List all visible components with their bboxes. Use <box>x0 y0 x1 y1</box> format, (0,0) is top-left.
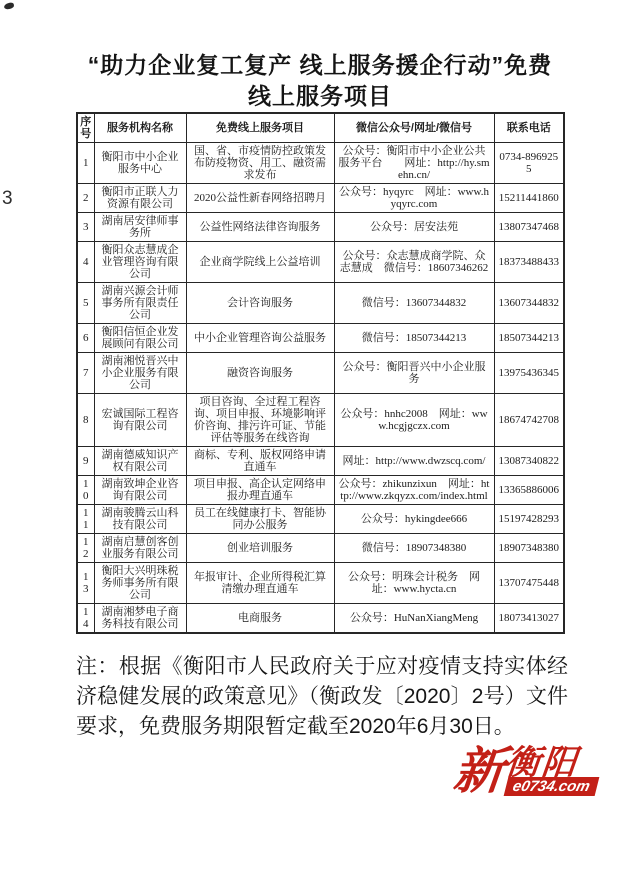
cell-phone: 13707475448 <box>494 563 564 604</box>
table-row: 10湖南致坤企业咨询有限公司项目申报、高企认定网络申报办理直通车公众号：zhik… <box>77 476 564 505</box>
logo-characters-hengyang: 衡阳 <box>504 746 598 780</box>
table-row: 7湖南湘悦晋兴中小企业服务有限公司融资咨询服务公众号：衡阳晋兴中小企业服务139… <box>77 353 564 394</box>
cell-no: 3 <box>77 213 94 242</box>
cell-no: 9 <box>77 447 94 476</box>
cell-no: 11 <box>77 505 94 534</box>
cell-no: 2 <box>77 184 94 213</box>
cell-contact: 公众号：hykingdee666 <box>334 505 494 534</box>
page-title-line2: 线上服务项目 <box>248 83 392 109</box>
cell-phone: 13365886006 <box>494 476 564 505</box>
cell-service: 年报审计、企业所得税汇算清缴办理直通车 <box>186 563 334 604</box>
column-header-org: 服务机构名称 <box>94 113 186 143</box>
cell-org: 湖南德威知识产权有限公司 <box>94 447 186 476</box>
cell-org: 湖南致坤企业咨询有限公司 <box>94 476 186 505</box>
cell-org: 湖南居安律师事务所 <box>94 213 186 242</box>
cell-service: 项目咨询、全过程工程咨询、项目申报、环境影响评价咨询、排污许可证、节能评估等服务… <box>186 394 334 447</box>
cell-contact: 公众号：衡阳市中小企业公共服务平台 网址：http://hy.smehn.cn/ <box>334 143 494 184</box>
table-row: 11湖南骏腾云山科技有限公司员工在线健康打卡、智能协同办公服务公众号：hykin… <box>77 505 564 534</box>
table-row: 14湖南湘梦电子商务科技有限公司电商服务公众号：HuNanXiangMeng18… <box>77 604 564 634</box>
cell-no: 1 <box>77 143 94 184</box>
cell-org: 衡阳市中小企业服务中心 <box>94 143 186 184</box>
xin-hengyang-logo: 新 衡阳 e0734.com <box>454 746 597 796</box>
table-row: 5湖南兴源会计师事务所有限责任公司会计咨询服务微信号：1360734483213… <box>77 283 564 324</box>
logo-character-xin: 新 <box>451 746 506 796</box>
services-table-header: 序号服务机构名称免费线上服务项目微信公众号/网址/微信号联系电话 <box>77 113 564 143</box>
cell-org: 湖南启慧创客创业服务有限公司 <box>94 534 186 563</box>
cell-contact: 公众号：衡阳晋兴中小企业服务 <box>334 353 494 394</box>
cell-service: 公益性网络法律咨询服务 <box>186 213 334 242</box>
column-header-contact: 微信公众号/网址/微信号 <box>334 113 494 143</box>
cell-phone: 13087340822 <box>494 447 564 476</box>
cell-no: 5 <box>77 283 94 324</box>
cell-phone: 18507344213 <box>494 324 564 353</box>
cell-contact: 公众号：居安法苑 <box>334 213 494 242</box>
table-header-row: 序号服务机构名称免费线上服务项目微信公众号/网址/微信号联系电话 <box>77 113 564 143</box>
table-row: 6衡阳信恒企业发展顾问有限公司中小企业管理咨询公益服务微信号：185073442… <box>77 324 564 353</box>
logo-domain-badge: e0734.com <box>504 777 599 796</box>
table-row: 9湖南德威知识产权有限公司商标、专利、版权网络申请直通车网址：http://ww… <box>77 447 564 476</box>
cell-phone: 13607344832 <box>494 283 564 324</box>
cell-phone: 13807347468 <box>494 213 564 242</box>
cell-contact: 公众号：hnhc2008 网址：www.hcgjgczx.com <box>334 394 494 447</box>
cell-phone: 18674742708 <box>494 394 564 447</box>
column-header-no: 序号 <box>77 113 94 143</box>
cell-service: 员工在线健康打卡、智能协同办公服务 <box>186 505 334 534</box>
cell-phone: 0734-8969255 <box>494 143 564 184</box>
cell-no: 6 <box>77 324 94 353</box>
cell-service: 中小企业管理咨询公益服务 <box>186 324 334 353</box>
table-row: 12湖南启慧创客创业服务有限公司创业培训服务微信号：18907348380189… <box>77 534 564 563</box>
cell-service: 融资咨询服务 <box>186 353 334 394</box>
cell-contact: 公众号：众志慧成商学院、众志慧成 微信号：18607346262 <box>334 242 494 283</box>
table-row: 2衡阳市正联人力资源有限公司2020公益性新春网络招聘月公众号：hyqyrc 网… <box>77 184 564 213</box>
cell-phone: 15211441860 <box>494 184 564 213</box>
services-table-body: 1衡阳市中小企业服务中心国、省、市疫情防控政策发布防疫物资、用工、融资需求发布公… <box>77 143 564 634</box>
cell-no: 7 <box>77 353 94 394</box>
cell-service: 电商服务 <box>186 604 334 634</box>
page-title-line1: “助力企业复工复产 线上服务援企行动”免费 <box>88 52 552 78</box>
cell-service: 商标、专利、版权网络申请直通车 <box>186 447 334 476</box>
cell-contact: 微信号：18507344213 <box>334 324 494 353</box>
cell-org: 湖南骏腾云山科技有限公司 <box>94 505 186 534</box>
document-page: 3 “助力企业复工复产 线上服务援企行动”免费 线上服务项目 序号服务机构名称免… <box>0 0 640 876</box>
cell-service: 会计咨询服务 <box>186 283 334 324</box>
cell-contact: 网址：http://www.dwzscq.com/ <box>334 447 494 476</box>
cell-phone: 15197428293 <box>494 505 564 534</box>
cell-org: 宏诚国际工程咨询有限公司 <box>94 394 186 447</box>
cell-contact: 公众号：明珠会计税务 网址：www.hycta.cn <box>334 563 494 604</box>
cell-contact: 公众号：hyqyrc 网址：www.hyqyrc.com <box>334 184 494 213</box>
cell-org: 湖南湘梦电子商务科技有限公司 <box>94 604 186 634</box>
cell-phone: 13975436345 <box>494 353 564 394</box>
cell-service: 创业培训服务 <box>186 534 334 563</box>
cell-org: 衡阳众志慧成企业管理咨询有限公司 <box>94 242 186 283</box>
cell-org: 衡阳大兴明珠税务师事务所有限公司 <box>94 563 186 604</box>
table-row: 8宏诚国际工程咨询有限公司项目咨询、全过程工程咨询、项目申报、环境影响评价咨询、… <box>77 394 564 447</box>
table-row: 4衡阳众志慧成企业管理咨询有限公司企业商学院线上公益培训公众号：众志慧成商学院、… <box>77 242 564 283</box>
cell-service: 企业商学院线上公益培训 <box>186 242 334 283</box>
cell-org: 衡阳信恒企业发展顾问有限公司 <box>94 324 186 353</box>
cell-contact: 微信号：18907348380 <box>334 534 494 563</box>
margin-page-number: 3 <box>2 188 13 210</box>
page-title: “助力企业复工复产 线上服务援企行动”免费 线上服务项目 <box>0 50 640 112</box>
cell-service: 2020公益性新春网络招聘月 <box>186 184 334 213</box>
cell-no: 4 <box>77 242 94 283</box>
cell-phone: 18073413027 <box>494 604 564 634</box>
cell-org: 湖南兴源会计师事务所有限责任公司 <box>94 283 186 324</box>
cell-org: 湖南湘悦晋兴中小企业服务有限公司 <box>94 353 186 394</box>
cell-no: 12 <box>77 534 94 563</box>
scan-artifact-mark <box>3 2 14 10</box>
cell-service: 项目申报、高企认定网络申报办理直通车 <box>186 476 334 505</box>
cell-no: 14 <box>77 604 94 634</box>
cell-phone: 18907348380 <box>494 534 564 563</box>
column-header-service: 免费线上服务项目 <box>186 113 334 143</box>
cell-contact: 微信号：13607344832 <box>334 283 494 324</box>
cell-no: 8 <box>77 394 94 447</box>
table-row: 13衡阳大兴明珠税务师事务所有限公司年报审计、企业所得税汇算清缴办理直通车公众号… <box>77 563 564 604</box>
table-row: 3湖南居安律师事务所公益性网络法律咨询服务公众号：居安法苑13807347468 <box>77 213 564 242</box>
cell-contact: 公众号：zhikunzixun 网址：http://www.zkqyzx.com… <box>334 476 494 505</box>
cell-org: 衡阳市正联人力资源有限公司 <box>94 184 186 213</box>
cell-service: 国、省、市疫情防控政策发布防疫物资、用工、融资需求发布 <box>186 143 334 184</box>
column-header-phone: 联系电话 <box>494 113 564 143</box>
services-table: 序号服务机构名称免费线上服务项目微信公众号/网址/微信号联系电话 1衡阳市中小企… <box>76 112 565 634</box>
cell-contact: 公众号：HuNanXiangMeng <box>334 604 494 634</box>
table-row: 1衡阳市中小企业服务中心国、省、市疫情防控政策发布防疫物资、用工、融资需求发布公… <box>77 143 564 184</box>
cell-no: 10 <box>77 476 94 505</box>
cell-no: 13 <box>77 563 94 604</box>
footnote: 注：根据《衡阳市人民政府关于应对疫情支持实体经济稳健发展的政策意见》（衡政发〔2… <box>76 652 568 742</box>
cell-phone: 18373488433 <box>494 242 564 283</box>
